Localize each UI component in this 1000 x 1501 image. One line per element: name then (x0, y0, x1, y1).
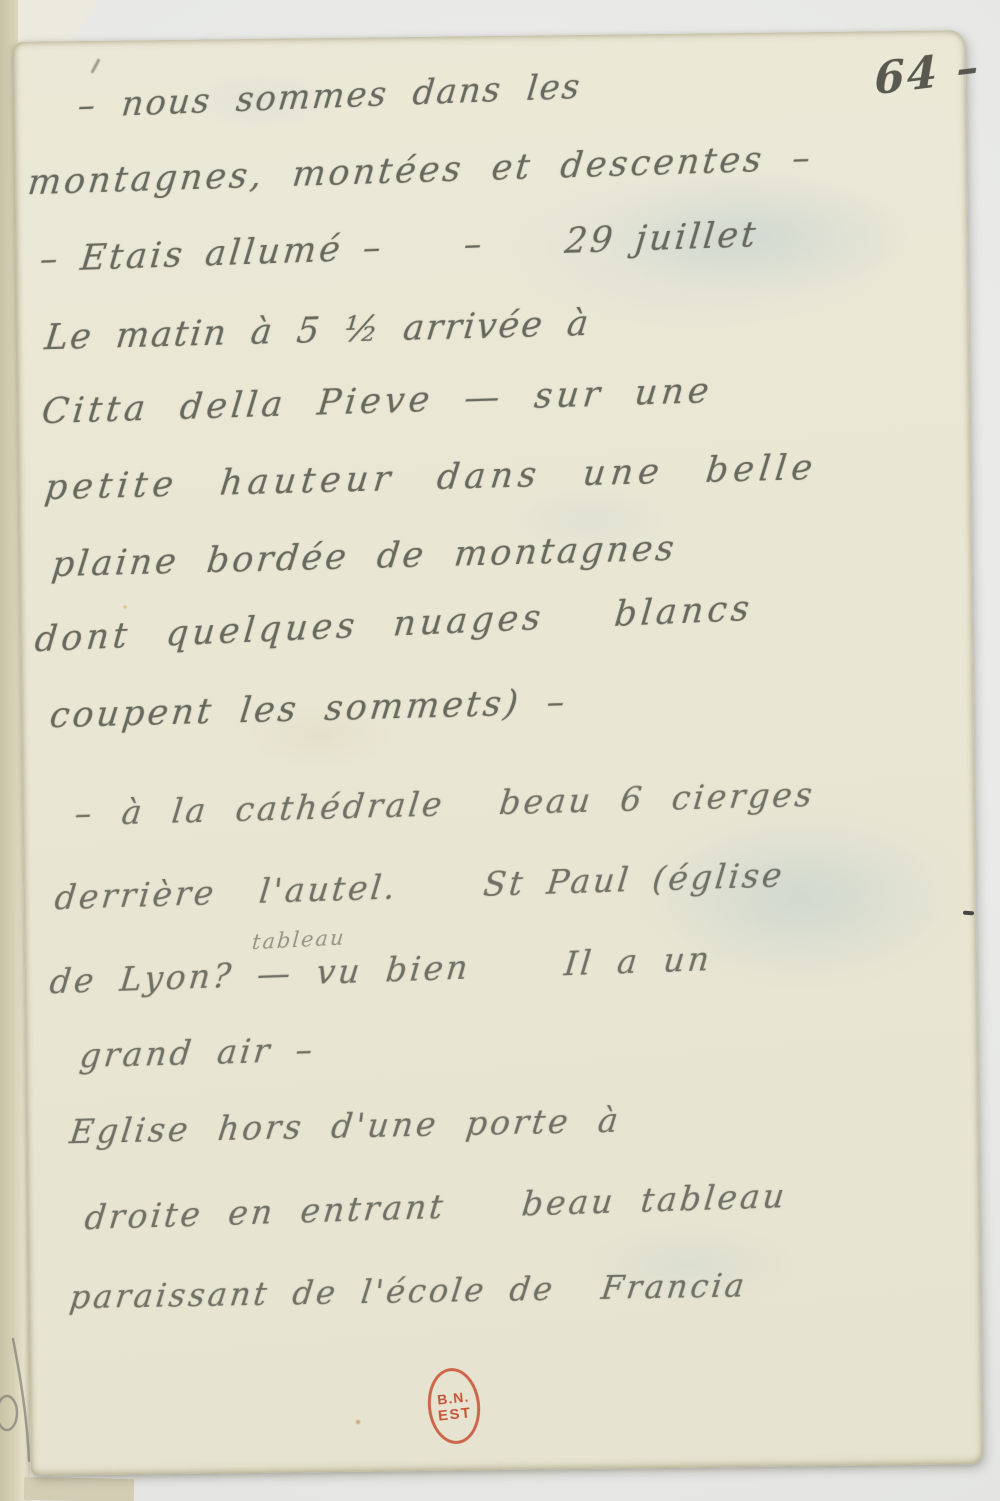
handwriting-line: de Lyon? — vu bien Il a un (48, 939, 714, 1001)
handwriting-line: plaine bordée de montagnes (50, 529, 679, 585)
page-number: 64 – (874, 41, 981, 105)
handwriting-line: coupent les sommets) – (48, 682, 570, 736)
handwriting-line: paraissant de l'école de Francia (68, 1266, 750, 1316)
handwriting-line: petite hauteur dans une belle (43, 448, 820, 508)
margin-pencil-mark (0, 1335, 36, 1465)
handwriting-line: Citta della Pieve — sur une (40, 371, 715, 432)
handwriting-line: Eglise hors d'une porte à (68, 1100, 624, 1151)
interline-annotation: tableau (251, 925, 347, 954)
scanned-manuscript: 64 – tableau B.N. EST – nous sommes dans… (0, 0, 1000, 1501)
handwriting-line: – nous sommes dans les (76, 67, 583, 127)
handwriting-line: – Etais allumé – – 29 juillet (38, 215, 760, 280)
handwriting-line: grand air – (78, 1030, 318, 1075)
handwriting-line: dont quelques nuages blancs (33, 589, 755, 661)
library-stamp: B.N. EST (424, 1365, 484, 1446)
handwriting-line: droite en entrant beau tableau (83, 1176, 789, 1237)
handwriting-layer: 64 – tableau B.N. EST – nous sommes dans… (0, 0, 1000, 1501)
handwriting-line: – à la cathédrale beau 6 cierges (73, 775, 817, 834)
stray-pencil-mark (90, 58, 100, 74)
handwriting-line: Le matin à 5 ½ arrivée à (43, 304, 593, 358)
handwriting-line: derrière l'autel. St Paul (église (53, 855, 787, 917)
ink-spot (963, 911, 974, 916)
stamp-text-line2: EST (437, 1404, 472, 1424)
handwriting-line: montagnes, montées et descentes – (26, 138, 815, 203)
